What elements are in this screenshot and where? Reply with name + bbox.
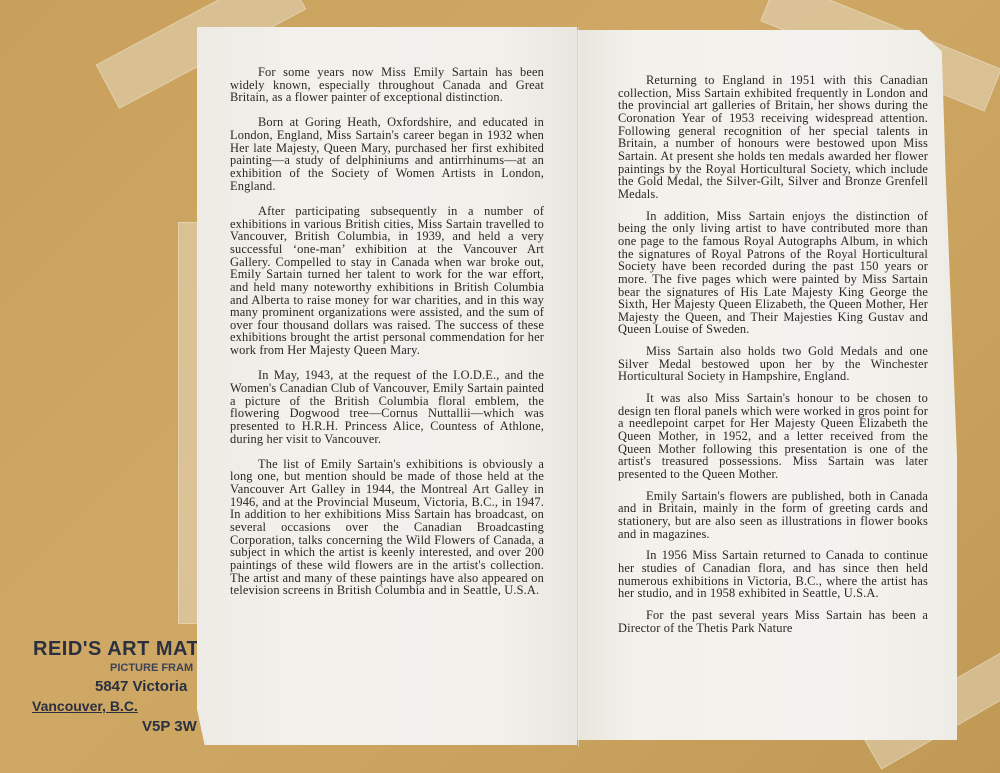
paragraph: In May, 1943, at the request of the I.O.… <box>230 369 544 445</box>
paragraph: For the past several years Miss Sartain … <box>618 609 928 634</box>
paragraph: Returning to England in 1951 with this C… <box>618 74 928 201</box>
stamp-line-4: Vancouver, B.C. <box>32 698 138 714</box>
paragraph: After participating subsequently in a nu… <box>230 205 544 357</box>
paragraph: Miss Sartain also holds two Gold Medals … <box>618 345 928 383</box>
paragraph: In 1956 Miss Sartain returned to Canada … <box>618 549 928 600</box>
paragraph: The list of Emily Sartain's exhibitions … <box>230 458 544 597</box>
stamp-line-5: V5P 3W <box>142 718 197 735</box>
paragraph: Born at Goring Heath, Oxfordshire, and e… <box>230 116 544 192</box>
paragraph: It was also Miss Sartain's honour to be … <box>618 392 928 481</box>
paragraph: For some years now Miss Emily Sartain ha… <box>230 66 544 104</box>
stamp-line-2: PICTURE FRAM <box>110 662 193 674</box>
right-column-text: Returning to England in 1951 with this C… <box>618 74 928 643</box>
page-fold <box>577 27 579 747</box>
stamp-line-3: 5847 Victoria <box>95 678 187 695</box>
stamp-line-1: REID'S ART MATE <box>33 638 213 661</box>
left-column-text: For some years now Miss Emily Sartain ha… <box>230 66 544 609</box>
paragraph: In addition, Miss Sartain enjoys the dis… <box>618 210 928 337</box>
paragraph: Emily Sartain's flowers are published, b… <box>618 490 928 541</box>
